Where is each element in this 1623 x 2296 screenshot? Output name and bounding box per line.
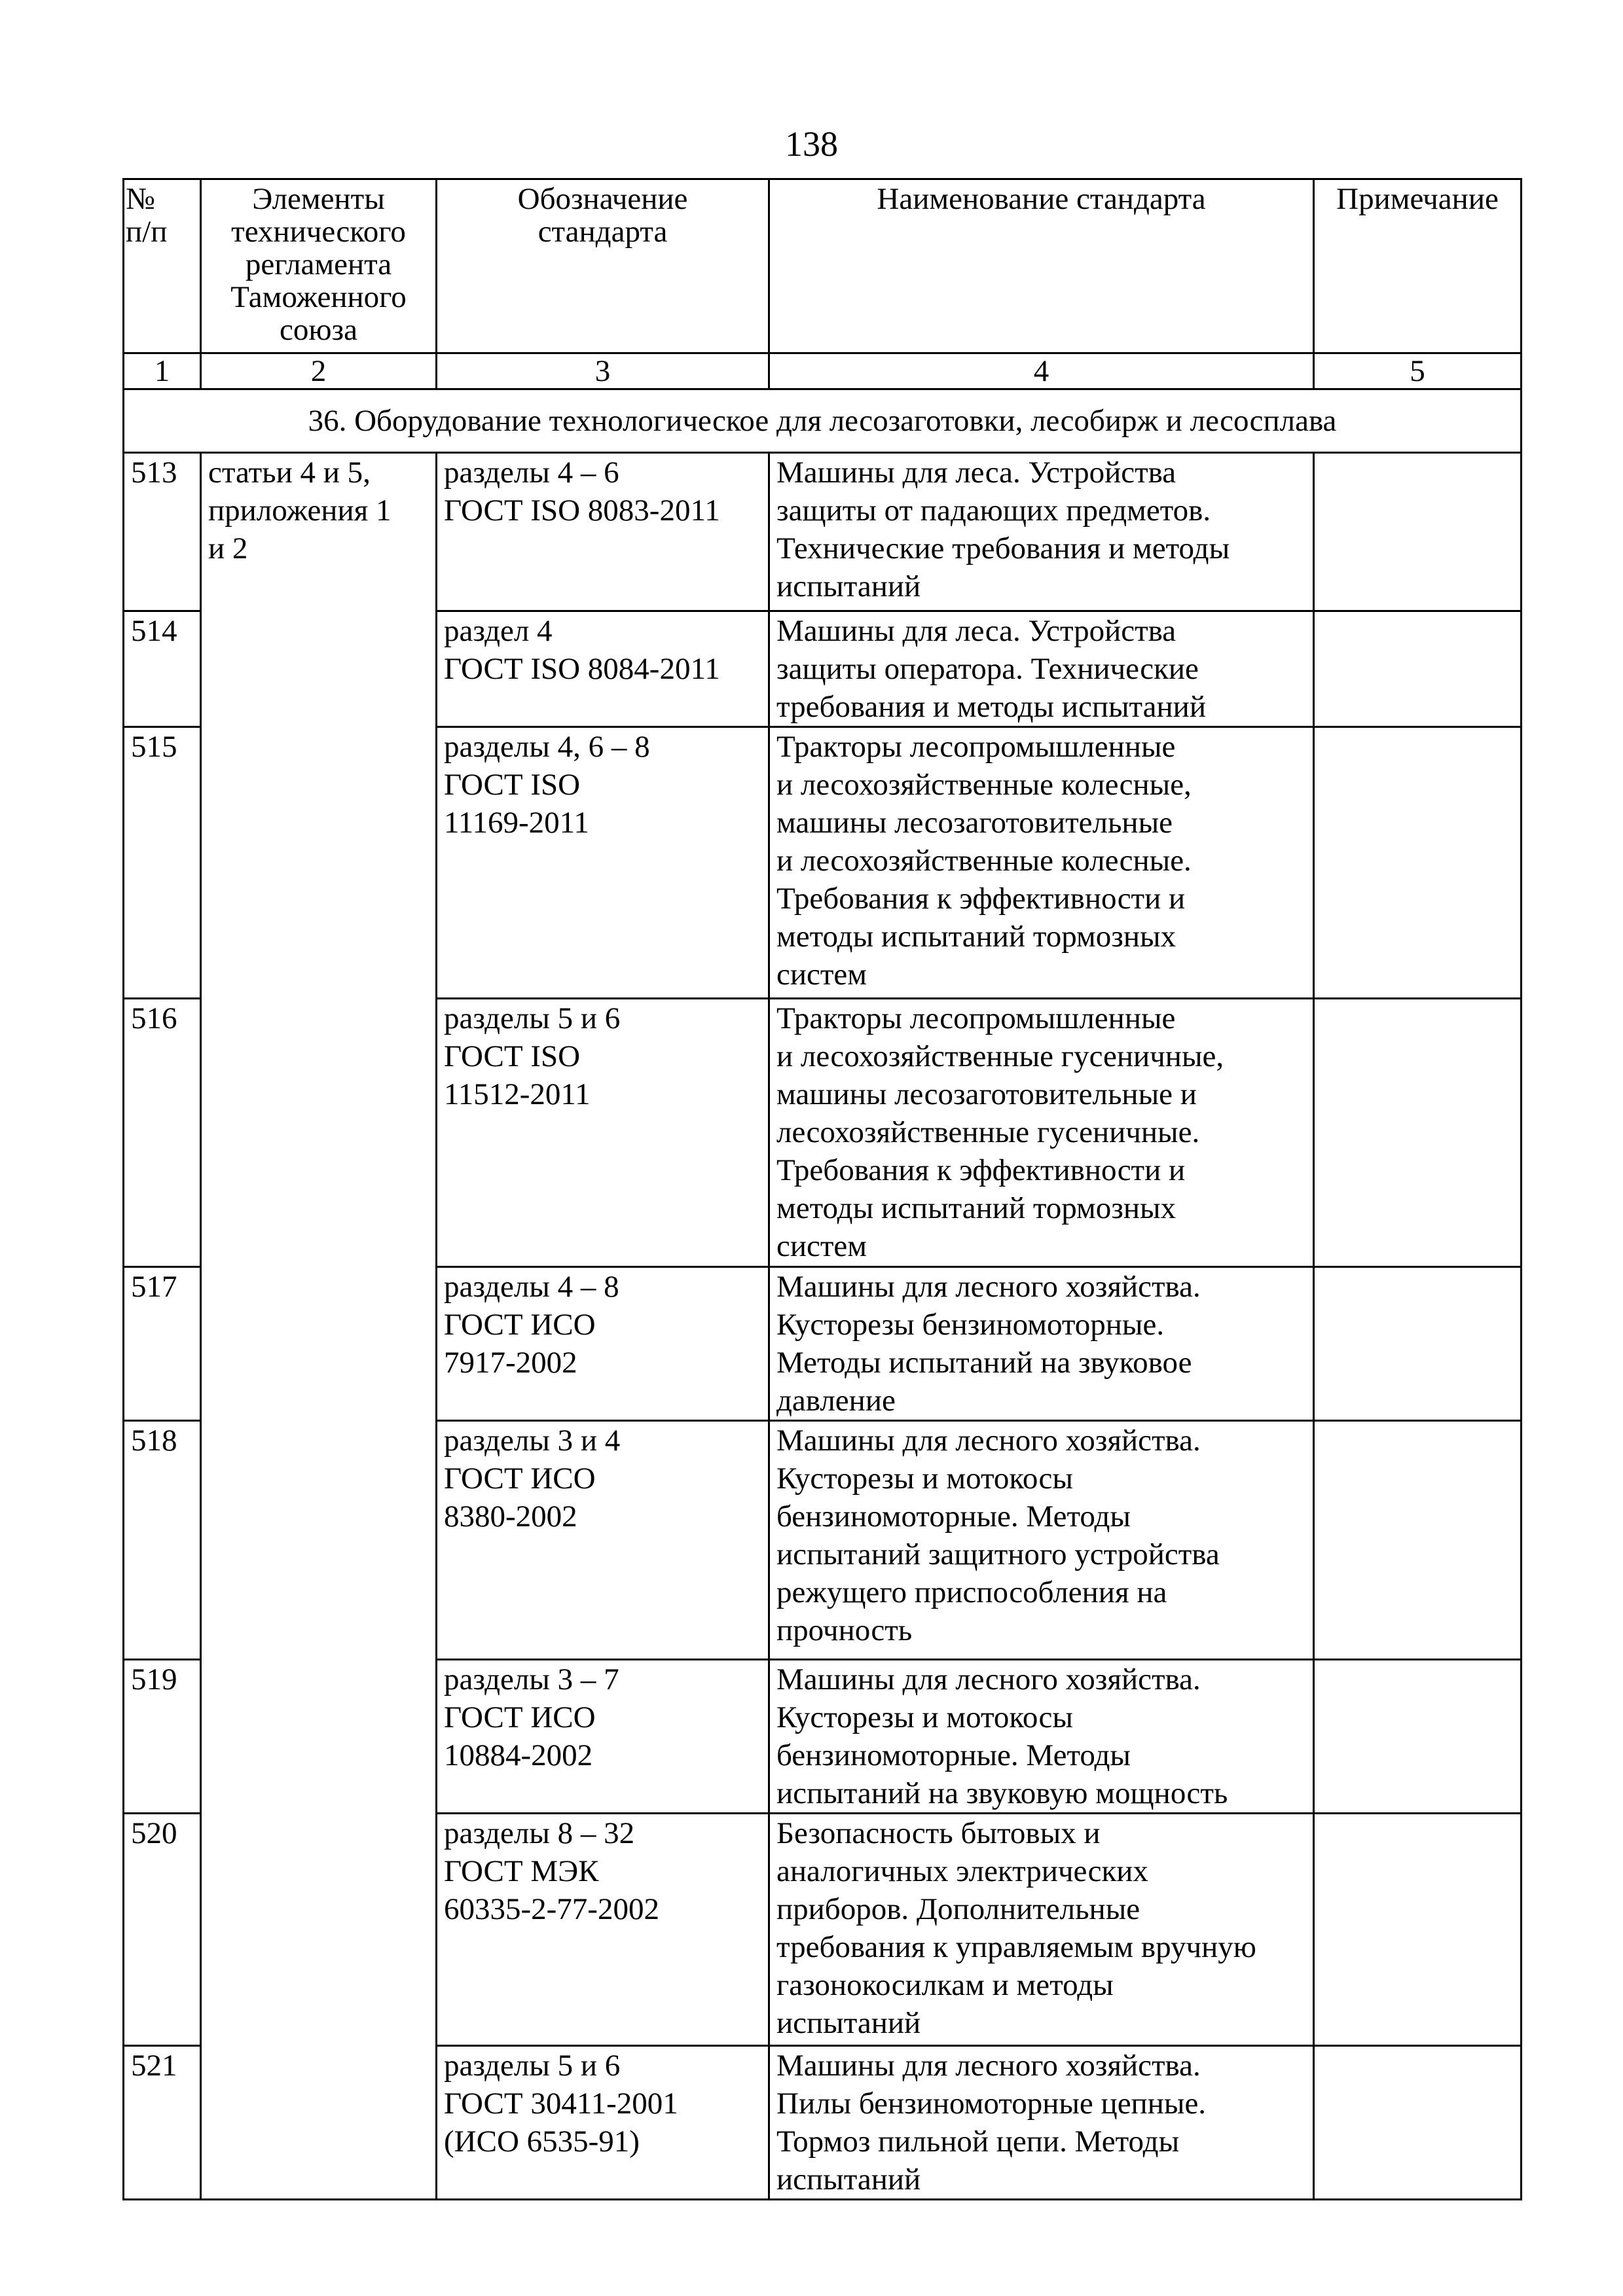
standard-note xyxy=(1314,1421,1522,1660)
text-line: 10884-2002 xyxy=(444,1736,761,1774)
standards-table: №п/п ЭлементытехническогорегламентаТамож… xyxy=(122,178,1522,2200)
text-line: стандарта xyxy=(444,215,761,248)
text-line: Машины для лесного хозяйства. xyxy=(776,2047,1306,2085)
text-line: Обозначение xyxy=(444,183,761,215)
standard-designation: раздел 4ГОСТ ISO 8084-2011 xyxy=(437,611,769,727)
standard-designation: разделы 5 и 6ГОСТ 30411-2001(ИСО 6535-91… xyxy=(437,2046,769,2200)
text-line: технического xyxy=(208,215,429,248)
row-number: 520 xyxy=(124,1814,201,2046)
standard-note xyxy=(1314,1267,1522,1421)
text-line: 11169-2011 xyxy=(444,804,761,842)
text-line: Безопасность бытовых и xyxy=(776,1814,1306,1852)
standard-note xyxy=(1314,999,1522,1267)
text-line: испытаний xyxy=(776,2161,1306,2198)
header-name: Наименование стандарта xyxy=(769,179,1314,353)
section-title-row: 36. Оборудование технологическое для лес… xyxy=(124,389,1522,453)
text-line: и лесохозяйственные колесные. xyxy=(776,842,1306,880)
row-number: 521 xyxy=(124,2046,201,2200)
text-line: Примечание xyxy=(1321,183,1514,215)
text-line: 11512-2011 xyxy=(444,1075,761,1113)
text-line: Тракторы лесопромышленные xyxy=(776,728,1306,766)
regulation-elements: статьи 4 и 5,приложения 1и 2 xyxy=(201,453,437,2200)
row-number: 515 xyxy=(124,727,201,999)
text-line: ГОСТ ISO xyxy=(444,1037,761,1075)
text-line: ГОСТ ИСО xyxy=(444,1460,761,1498)
column-number: 4 xyxy=(769,353,1314,389)
text-line: и 2 xyxy=(208,529,429,567)
row-number: 514 xyxy=(124,611,201,727)
row-number: 518 xyxy=(124,1421,201,1660)
standard-name: Машины для лесного хозяйства.Пилы бензин… xyxy=(769,2046,1314,2200)
standard-name: Машины для леса. Устройствазащиты операт… xyxy=(769,611,1314,727)
text-line: бензиномоторные. Методы xyxy=(776,1498,1306,1535)
text-line: статьи 4 и 5, xyxy=(208,454,429,492)
standard-designation: разделы 8 – 32ГОСТ МЭК60335-2-77-2002 xyxy=(437,1814,769,2046)
text-line: лесохозяйственные гусеничные. xyxy=(776,1113,1306,1151)
text-line: разделы 5 и 6 xyxy=(444,2047,761,2085)
standard-name: Безопасность бытовых ианалогичных электр… xyxy=(769,1814,1314,2046)
text-line: требования к управляемым вручную xyxy=(776,1928,1306,1966)
standard-designation: разделы 5 и 6ГОСТ ISO11512-2011 xyxy=(437,999,769,1267)
text-line: Машины для леса. Устройства xyxy=(776,454,1306,492)
row-number: 513 xyxy=(124,453,201,611)
header-elements: ЭлементытехническогорегламентаТаможенног… xyxy=(201,179,437,353)
page-number: 138 xyxy=(0,124,1623,164)
text-line: 8380-2002 xyxy=(444,1498,761,1535)
standard-note xyxy=(1314,1660,1522,1814)
text-line: защиты оператора. Технические xyxy=(776,650,1306,688)
text-line: газонокосилкам и методы xyxy=(776,1966,1306,2004)
text-line: ГОСТ ISO 8084-2011 xyxy=(444,650,761,688)
text-line: и лесохозяйственные колесные, xyxy=(776,766,1306,804)
text-line: п/п xyxy=(126,215,198,248)
text-line: разделы 5 и 6 xyxy=(444,999,761,1037)
text-line: аналогичных электрических xyxy=(776,1852,1306,1890)
text-line: (ИСО 6535-91) xyxy=(444,2123,761,2161)
standard-name: Тракторы лесопромышленныеи лесохозяйстве… xyxy=(769,999,1314,1267)
text-line: ГОСТ МЭК xyxy=(444,1852,761,1890)
text-line: разделы 3 и 4 xyxy=(444,1422,761,1460)
header-designation: Обозначениестандарта xyxy=(437,179,769,353)
column-number: 3 xyxy=(437,353,769,389)
section-title: 36. Оборудование технологическое для лес… xyxy=(124,389,1522,453)
standard-note xyxy=(1314,2046,1522,2200)
text-line: приложения 1 xyxy=(208,492,429,529)
text-line: прочность xyxy=(776,1611,1306,1649)
text-line: Пилы бензиномоторные цепные. xyxy=(776,2085,1306,2123)
text-line: союза xyxy=(208,314,429,346)
table-row: 513статьи 4 и 5,приложения 1и 2разделы 4… xyxy=(124,453,1522,611)
text-line: Тормоз пильной цепи. Методы xyxy=(776,2123,1306,2161)
text-line: ГОСТ ИСО xyxy=(444,1306,761,1344)
text-line: регламента xyxy=(208,248,429,281)
text-line: систем xyxy=(776,956,1306,994)
text-line: разделы 3 – 7 xyxy=(444,1660,761,1698)
text-line: Машины для лесного хозяйства. xyxy=(776,1268,1306,1306)
standard-note xyxy=(1314,453,1522,611)
text-line: Элементы xyxy=(208,183,429,215)
text-line: разделы 4 – 8 xyxy=(444,1268,761,1306)
text-line: Кусторезы и мотокосы xyxy=(776,1698,1306,1736)
standard-designation: разделы 3 и 4ГОСТ ИСО8380-2002 xyxy=(437,1421,769,1660)
text-line: Тракторы лесопромышленные xyxy=(776,999,1306,1037)
text-line: 60335-2-77-2002 xyxy=(444,1890,761,1928)
standard-note xyxy=(1314,1814,1522,2046)
text-line: Требования к эффективности и xyxy=(776,1151,1306,1189)
standard-note xyxy=(1314,611,1522,727)
text-line: испытаний xyxy=(776,567,1306,605)
standard-designation: разделы 4 – 6ГОСТ ISO 8083-2011 xyxy=(437,453,769,611)
header-note: Примечание xyxy=(1314,179,1522,353)
text-line: методы испытаний тормозных xyxy=(776,1189,1306,1227)
text-line: Таможенного xyxy=(208,281,429,314)
text-line: защиты от падающих предметов. xyxy=(776,492,1306,529)
standard-name: Машины для лесного хозяйства.Кусторезы и… xyxy=(769,1421,1314,1660)
row-number: 516 xyxy=(124,999,201,1267)
text-line: методы испытаний тормозных xyxy=(776,918,1306,956)
text-line: раздел 4 xyxy=(444,612,761,650)
text-line: требования и методы испытаний xyxy=(776,688,1306,726)
text-line: ГОСТ 30411-2001 xyxy=(444,2085,761,2123)
row-number: 517 xyxy=(124,1267,201,1421)
standard-name: Машины для лесного хозяйства.Кусторезы и… xyxy=(769,1660,1314,1814)
text-line: Машины для леса. Устройства xyxy=(776,612,1306,650)
text-line: машины лесозаготовительные xyxy=(776,804,1306,842)
text-line: № xyxy=(126,183,198,215)
text-line: давление xyxy=(776,1382,1306,1420)
text-line: машины лесозаготовительные и xyxy=(776,1075,1306,1113)
text-line: систем xyxy=(776,1227,1306,1265)
header-row: №п/п ЭлементытехническогорегламентаТамож… xyxy=(124,179,1522,353)
text-line: разделы 4 – 6 xyxy=(444,454,761,492)
text-line: приборов. Дополнительные xyxy=(776,1890,1306,1928)
standard-name: Машины для леса. Устройствазащиты от пад… xyxy=(769,453,1314,611)
column-number: 5 xyxy=(1314,353,1522,389)
column-numbers-row: 1 2 3 4 5 xyxy=(124,353,1522,389)
text-line: и лесохозяйственные гусеничные, xyxy=(776,1037,1306,1075)
text-line: 7917-2002 xyxy=(444,1344,761,1382)
row-number: 519 xyxy=(124,1660,201,1814)
text-line: Кусторезы бензиномоторные. xyxy=(776,1306,1306,1344)
text-line: Наименование стандарта xyxy=(776,183,1306,215)
standard-name: Тракторы лесопромышленныеи лесохозяйстве… xyxy=(769,727,1314,999)
column-number: 1 xyxy=(124,353,201,389)
text-line: ГОСТ ISO xyxy=(444,766,761,804)
standard-designation: разделы 4, 6 – 8ГОСТ ISO11169-2011 xyxy=(437,727,769,999)
standard-name: Машины для лесного хозяйства.Кусторезы б… xyxy=(769,1267,1314,1421)
standard-designation: разделы 3 – 7ГОСТ ИСО10884-2002 xyxy=(437,1660,769,1814)
header-number: №п/п xyxy=(124,179,201,353)
text-line: Машины для лесного хозяйства. xyxy=(776,1660,1306,1698)
text-line: режущего приспособления на xyxy=(776,1573,1306,1611)
text-line: разделы 8 – 32 xyxy=(444,1814,761,1852)
text-line: Технические требования и методы xyxy=(776,529,1306,567)
text-line: ГОСТ ISO 8083-2011 xyxy=(444,492,761,529)
text-line: испытаний xyxy=(776,2004,1306,2042)
text-line: Кусторезы и мотокосы xyxy=(776,1460,1306,1498)
text-line: Методы испытаний на звуковое xyxy=(776,1344,1306,1382)
standard-designation: разделы 4 – 8ГОСТ ИСО7917-2002 xyxy=(437,1267,769,1421)
standard-note xyxy=(1314,727,1522,999)
text-line: испытаний защитного устройства xyxy=(776,1535,1306,1573)
text-line: разделы 4, 6 – 8 xyxy=(444,728,761,766)
text-line: ГОСТ ИСО xyxy=(444,1698,761,1736)
text-line: Машины для лесного хозяйства. xyxy=(776,1422,1306,1460)
text-line: Требования к эффективности и xyxy=(776,880,1306,918)
text-line: бензиномоторные. Методы xyxy=(776,1736,1306,1774)
column-number: 2 xyxy=(201,353,437,389)
text-line: испытаний на звуковую мощность xyxy=(776,1774,1306,1812)
